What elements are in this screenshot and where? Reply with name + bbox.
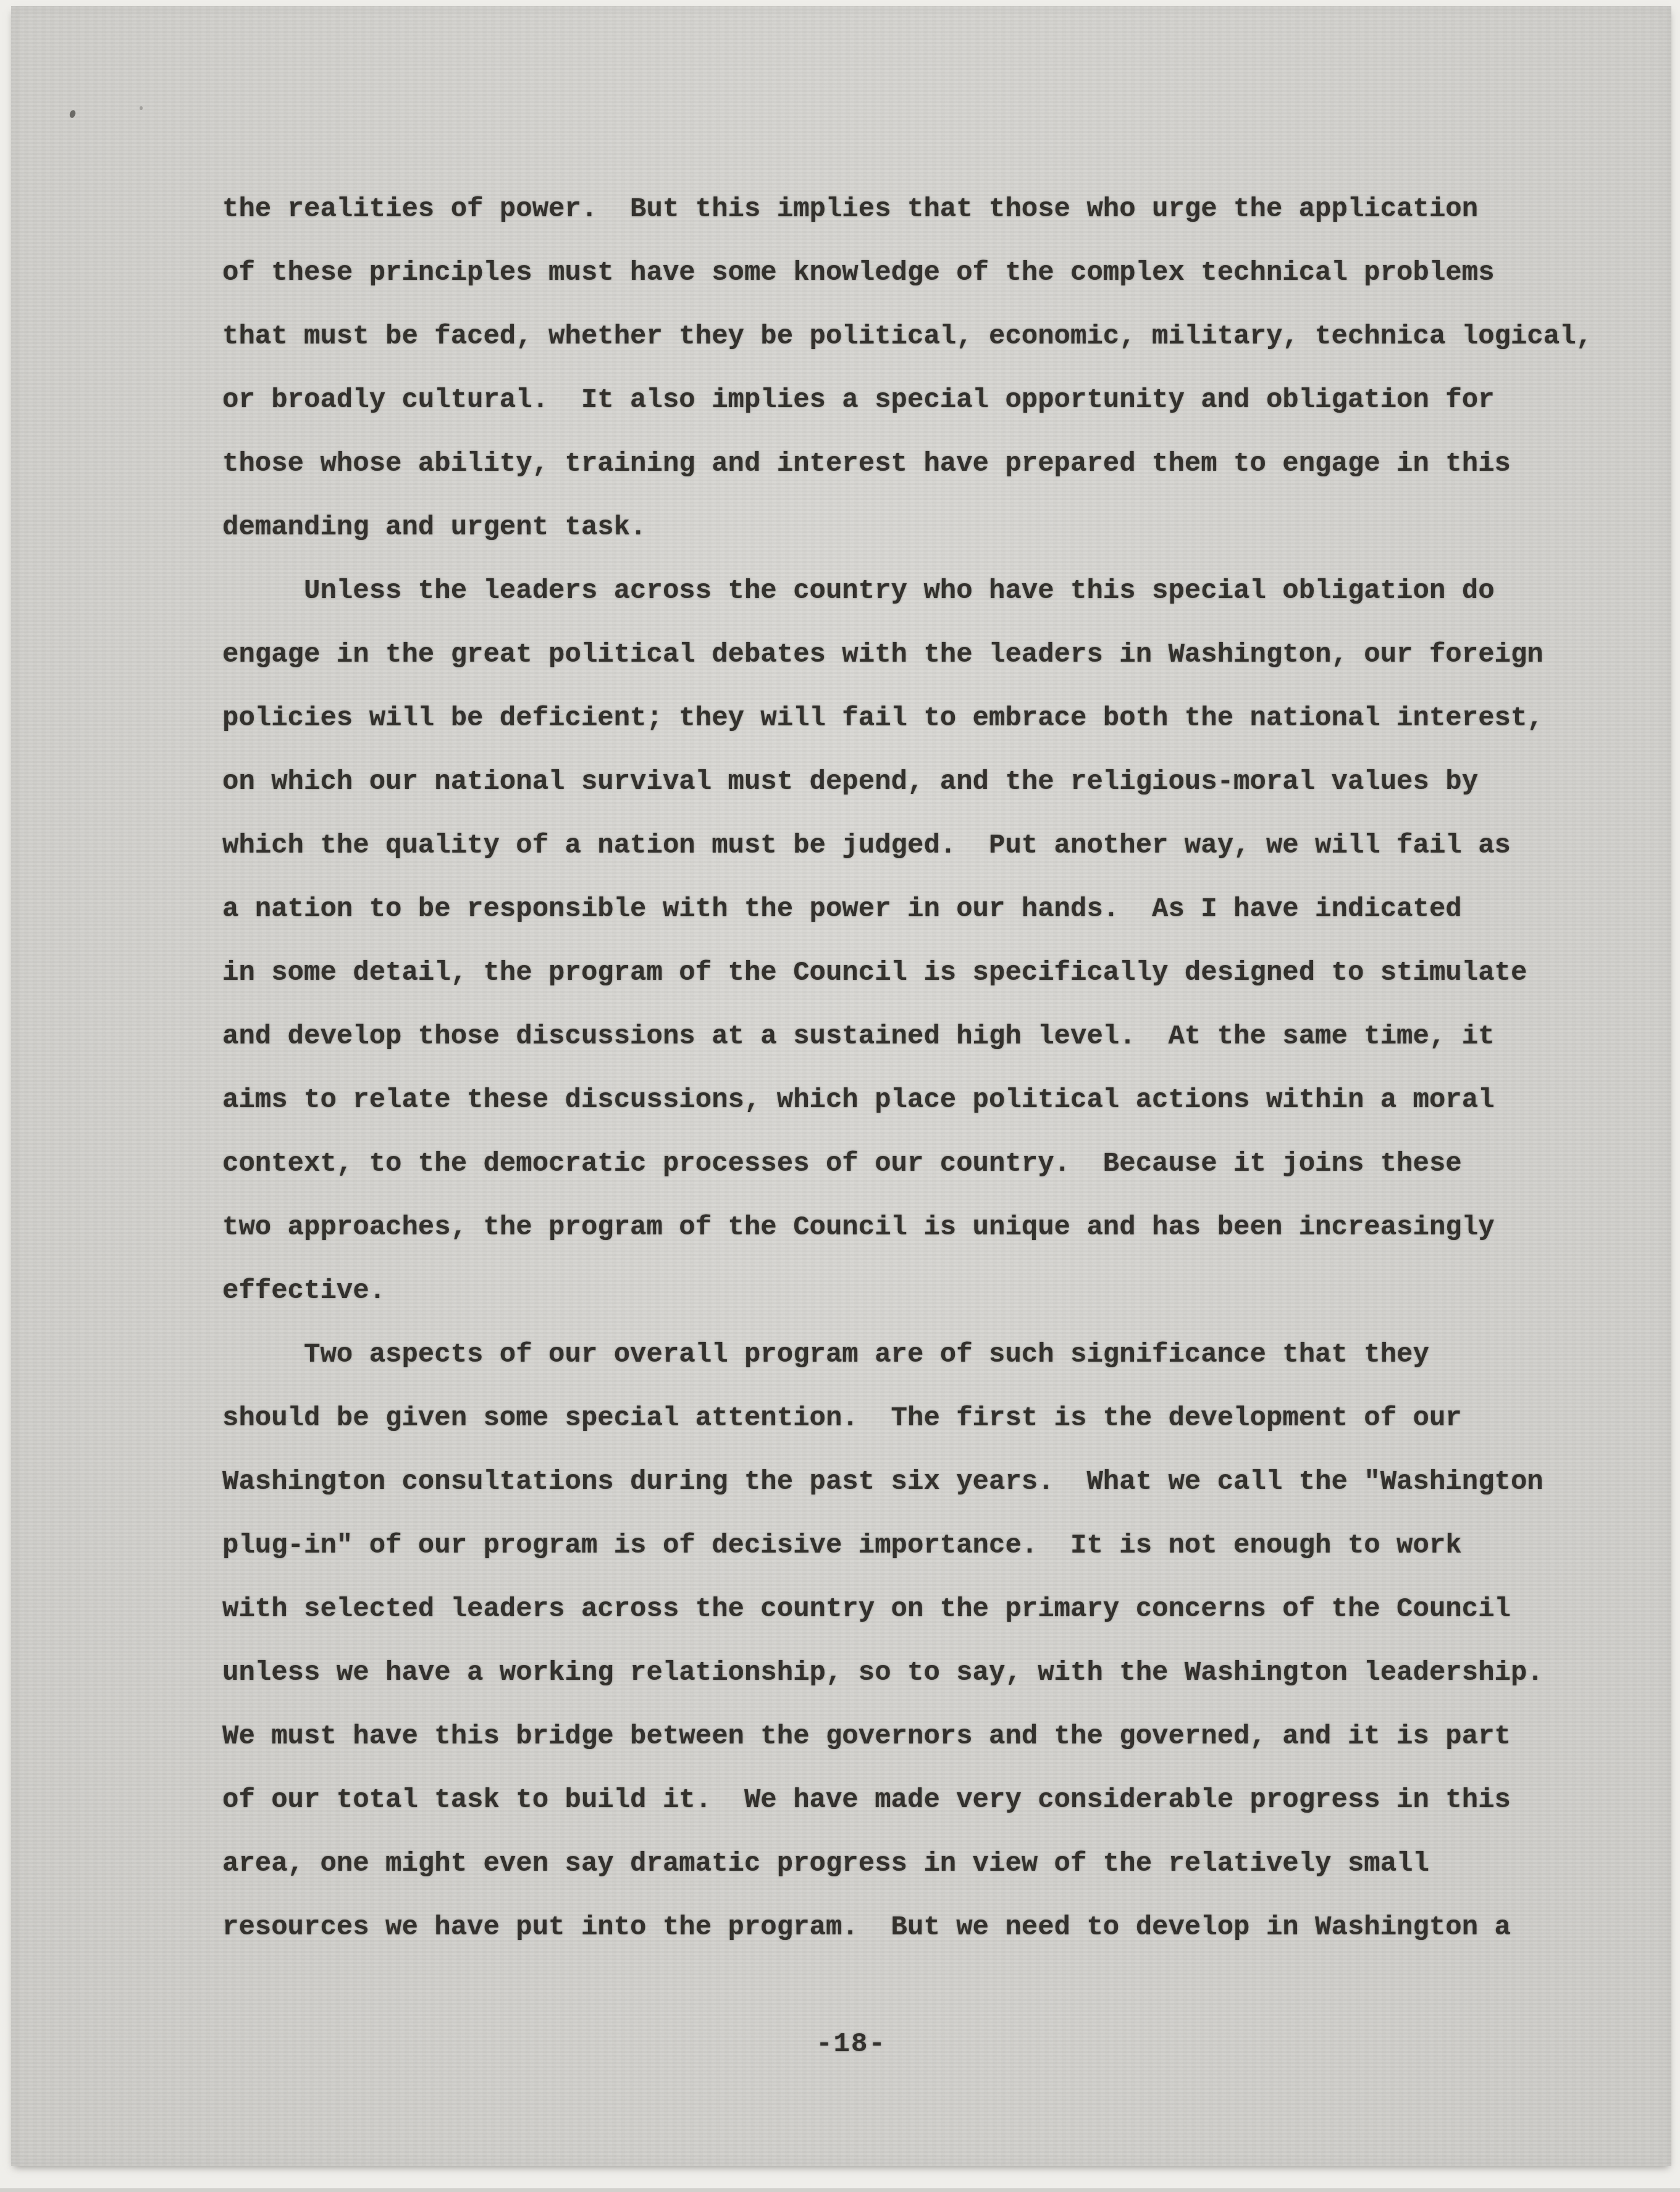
text-line: unless we have a working relationship, s… [222, 1642, 1618, 1705]
text-line: which the quality of a nation must be ju… [222, 814, 1618, 878]
text-line: those whose ability, training and intere… [222, 432, 1618, 496]
text-line: the realities of power. But this implies… [222, 178, 1618, 242]
text-line: policies will be deficient; they will fa… [222, 687, 1618, 751]
text-line: Washington consultations during the past… [222, 1451, 1618, 1514]
text-line: Unless the leaders across the country wh… [222, 560, 1618, 623]
text-line: with selected leaders across the country… [222, 1578, 1618, 1642]
scan-speck [140, 106, 143, 110]
text-line: effective. [222, 1260, 1618, 1323]
page-number: -18- [11, 2013, 1680, 2076]
text-line: resources we have put into the program. … [222, 1896, 1618, 1960]
scanned-page: the realities of power. But this implies… [11, 6, 1671, 2166]
text-line: a nation to be responsible with the powe… [222, 878, 1618, 942]
text-line: context, to the democratic processes of … [222, 1132, 1618, 1196]
text-line: on which our national survival must depe… [222, 751, 1618, 814]
text-line: We must have this bridge between the gov… [222, 1705, 1618, 1769]
text-line: area, one might even say dramatic progre… [222, 1832, 1618, 1896]
text-line: should be given some special attention. … [222, 1387, 1618, 1451]
text-line: or broadly cultural. It also implies a s… [222, 369, 1618, 432]
text-line: in some detail, the program of the Counc… [222, 942, 1618, 1005]
typewritten-text: the realities of power. But this implies… [222, 178, 1618, 1960]
text-line: that must be faced, whether they be poli… [222, 305, 1618, 369]
text-line: plug-in" of our program is of decisive i… [222, 1514, 1618, 1578]
text-line: of our total task to build it. We have m… [222, 1769, 1618, 1832]
text-line: demanding and urgent task. [222, 496, 1618, 560]
text-line: Two aspects of our overall program are o… [222, 1323, 1618, 1387]
text-line: engage in the great political debates wi… [222, 623, 1618, 687]
text-line: of these principles must have some knowl… [222, 242, 1618, 305]
text-line: and develop those discussions at a susta… [222, 1005, 1618, 1069]
text-line: two approaches, the program of the Counc… [222, 1196, 1618, 1260]
text-line: aims to relate these discussions, which … [222, 1069, 1618, 1132]
scan-speck [69, 109, 77, 119]
